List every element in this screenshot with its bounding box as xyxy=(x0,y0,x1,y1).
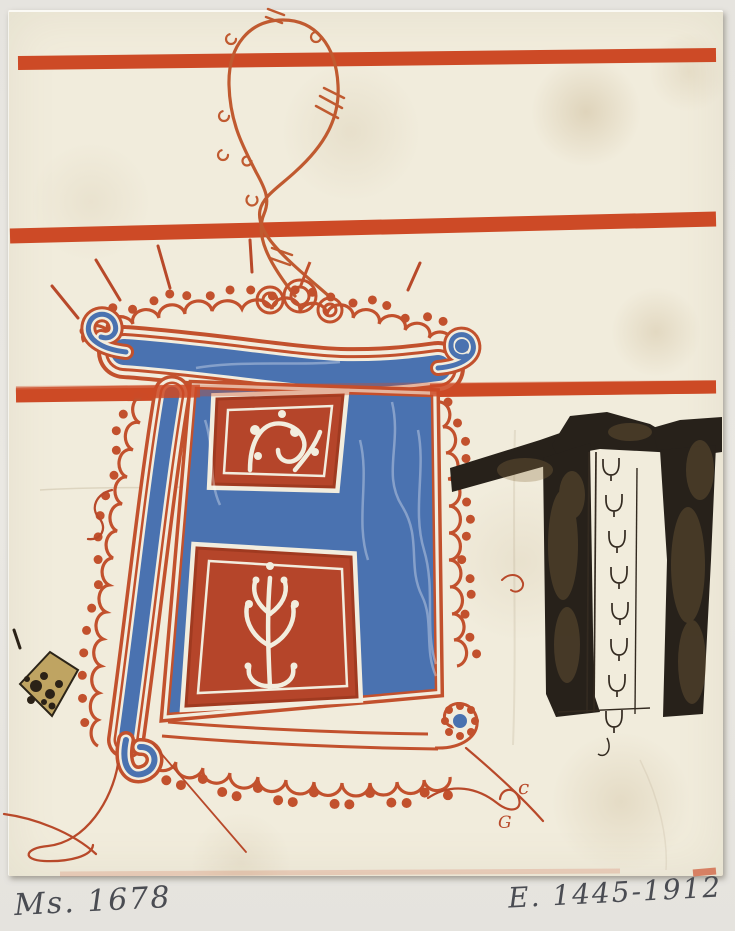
gold-leaf-fragment xyxy=(14,630,78,716)
foot-rosette xyxy=(435,702,479,748)
ornament-panel-lower xyxy=(186,548,357,706)
gothic-letter-fragment xyxy=(450,412,722,755)
manuscript-mount: c G xyxy=(0,0,735,931)
ruled-line-partial-bottom xyxy=(60,871,620,874)
ornament-panel-upper xyxy=(213,395,343,487)
manuscript-scan: c G xyxy=(0,0,735,931)
ruled-line-3-overpaint xyxy=(16,386,716,394)
ruled-line-2 xyxy=(10,219,716,236)
ink-tick xyxy=(14,630,20,648)
bottom-bar xyxy=(162,722,438,749)
pen-trial-mark-c: c xyxy=(518,775,529,799)
thorn-spikes xyxy=(52,240,420,318)
initial-letter-a: c G xyxy=(4,240,543,861)
pen-flourish xyxy=(218,9,344,297)
ruled-line-1 xyxy=(18,55,716,63)
pen-trial-mark-g: G xyxy=(498,813,512,833)
